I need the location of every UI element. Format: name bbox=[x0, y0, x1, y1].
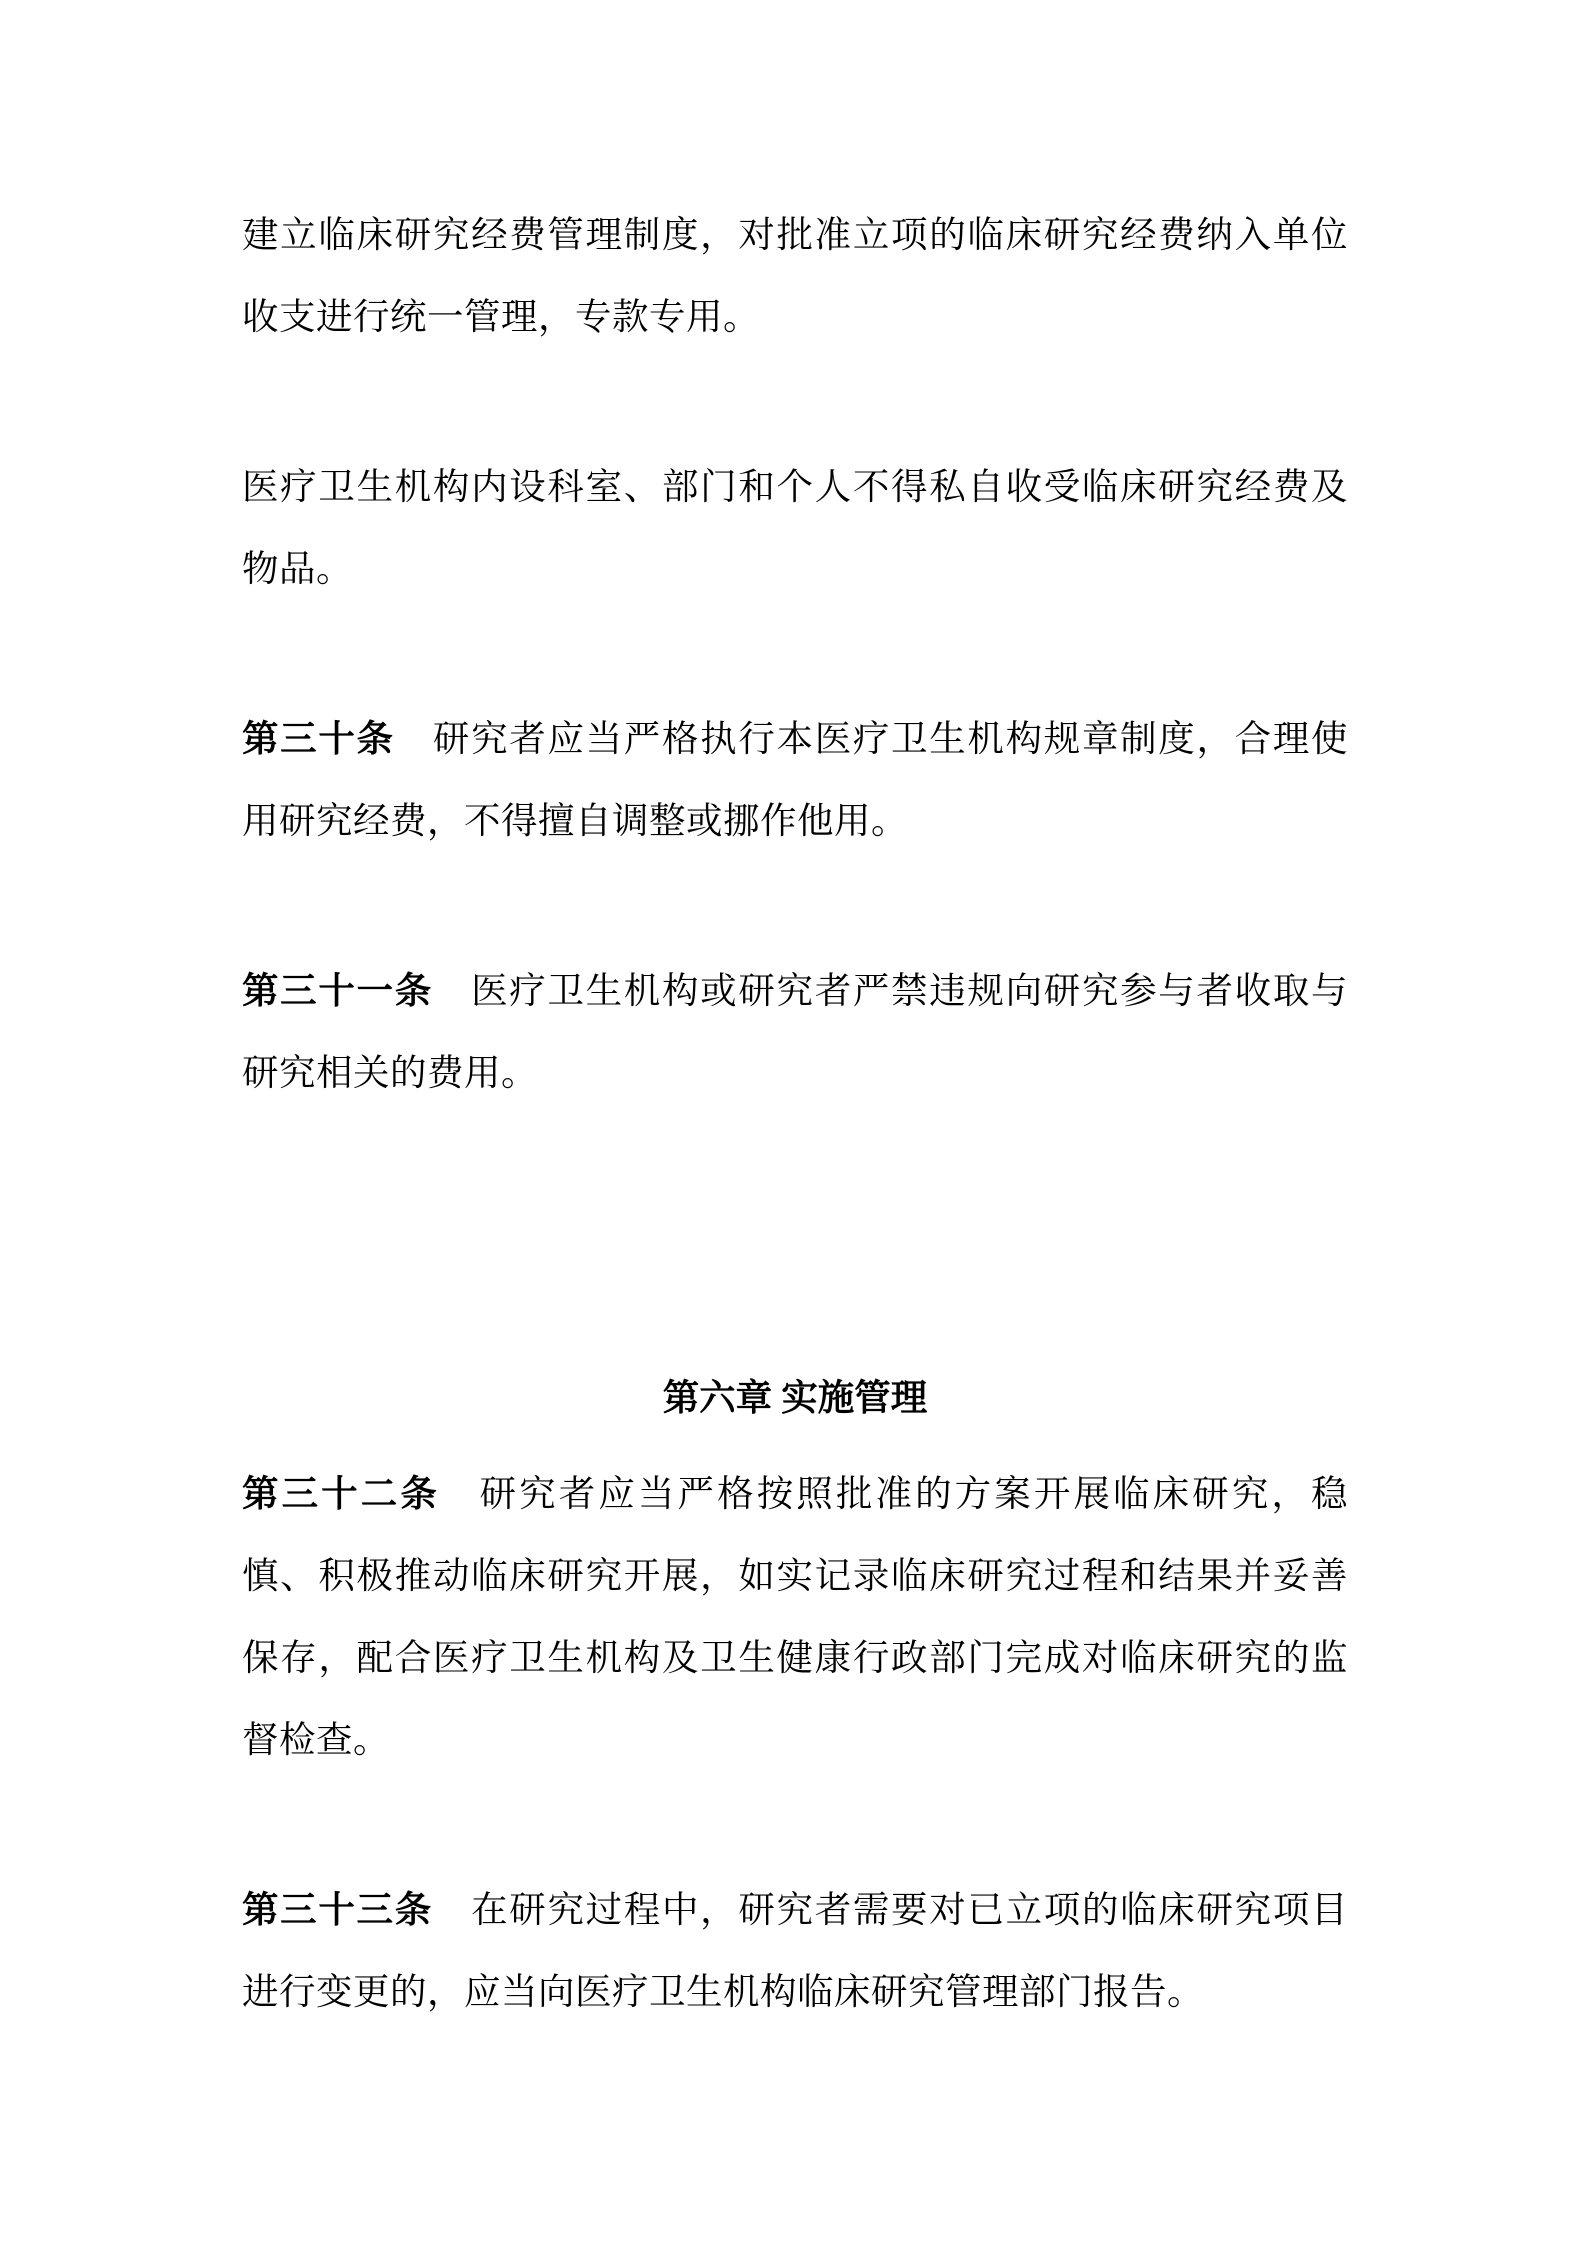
document-page: 建立临床研究经费管理制度，对批准立项的临床研究经费纳入单位收支进行统一管理，专款… bbox=[0, 0, 1587, 2245]
paragraph-article-33: 第三十三条在研究过程中，研究者需要对已立项的临床研究项目进行变更的，应当向医疗卫… bbox=[242, 1869, 1348, 2033]
document-content: 建立临床研究经费管理制度，对批准立项的临床研究经费纳入单位收支进行统一管理，专款… bbox=[242, 194, 1348, 2033]
article-number-label: 第三十三条 bbox=[242, 1889, 471, 1930]
article-number-label: 第三十二条 bbox=[242, 1473, 480, 1514]
article-number-label: 第三十一条 bbox=[242, 970, 471, 1011]
paragraph-article-32: 第三十二条研究者应当严格按照批准的方案开展临床研究，稳慎、积极推动临床研究开展，… bbox=[242, 1453, 1348, 1781]
paragraph-text: 建立临床研究经费管理制度，对批准立项的临床研究经费纳入单位收支进行统一管理，专款… bbox=[242, 214, 1348, 337]
chapter-heading: 第六章 实施管理 bbox=[242, 1357, 1348, 1439]
paragraph-funds-management-continued: 建立临床研究经费管理制度，对批准立项的临床研究经费纳入单位收支进行统一管理，专款… bbox=[242, 194, 1348, 358]
paragraph-article-31: 第三十一条医疗卫生机构或研究者严禁违规向研究参与者收取与研究相关的费用。 bbox=[242, 950, 1348, 1114]
paragraph-no-private-acceptance: 医疗卫生机构内设科室、部门和个人不得私自收受临床研究经费及物品。 bbox=[242, 446, 1348, 610]
paragraph-article-30: 第三十条研究者应当严格执行本医疗卫生机构规章制度，合理使用研究经费，不得擅自调整… bbox=[242, 698, 1348, 862]
article-number-label: 第三十条 bbox=[242, 718, 433, 759]
paragraph-text: 研究者应当严格按照批准的方案开展临床研究，稳慎、积极推动临床研究开展，如实记录临… bbox=[242, 1473, 1348, 1760]
paragraph-text: 医疗卫生机构内设科室、部门和个人不得私自收受临床研究经费及物品。 bbox=[242, 466, 1348, 589]
